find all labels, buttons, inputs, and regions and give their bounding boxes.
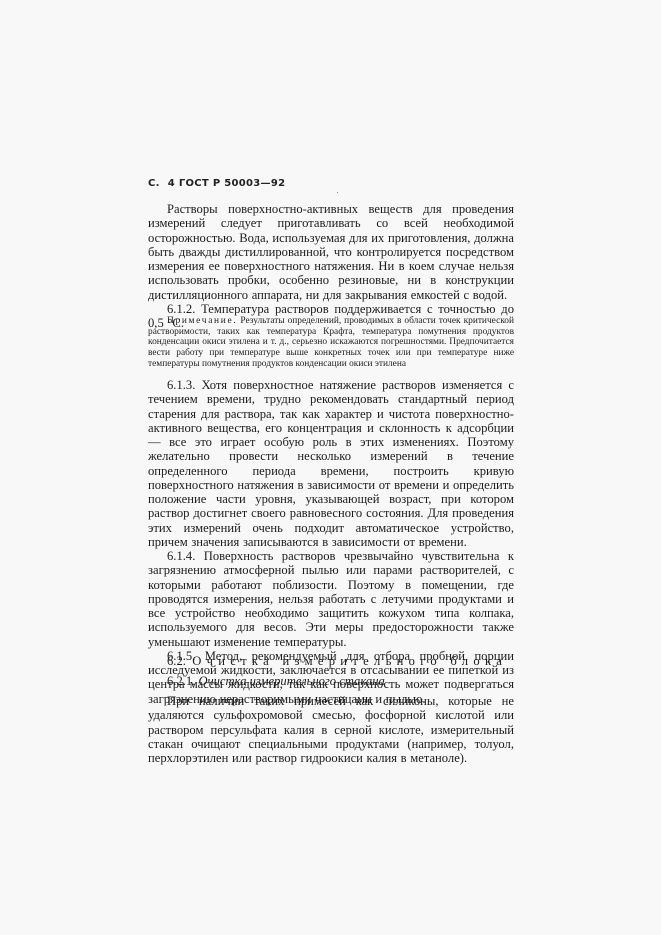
page-number: 4 [168, 178, 175, 189]
note-block: Примечание. Результаты определений, пров… [148, 316, 514, 370]
section-6-2-1: 6.2.1. Очистка измерительного стакана Пр… [148, 674, 514, 765]
intro-paragraph: Растворы поверхностно-активных веществ д… [148, 202, 514, 302]
note-text: Примечание. Результаты определений, пров… [148, 316, 514, 370]
section-6-2-number: 6.2. [167, 654, 186, 668]
scan-speck [337, 192, 338, 193]
section-6-2-1-paragraph: При наличии таких примесей как силиконы,… [148, 694, 514, 765]
note-label: Примечание. [167, 316, 237, 326]
section-6-2-title-text: Очистка измерительного блока [192, 654, 507, 668]
standard-designation: ГОСТ Р 50003—92 [179, 178, 286, 189]
section-6-1-3-paragraph: 6.1.3. Хотя поверхностное натяжение раст… [148, 378, 514, 549]
section-6-2-1-heading: 6.2.1. Очистка измерительного стакана [148, 674, 514, 688]
intro-section: Растворы поверхностно-активных веществ д… [148, 202, 514, 330]
section-6-1-4-paragraph: 6.1.4. Поверхность растворов чрезвычайно… [148, 549, 514, 649]
page-header: С.4 ГОСТ Р 50003—92 [148, 178, 285, 189]
section-6-2-1-title: Очистка измерительного стакана [199, 674, 385, 688]
section-6-2-heading: 6.2. Очистка измерительного блока [148, 654, 514, 668]
section-6-2-1-number: 6.2.1. [167, 674, 195, 688]
section-6-2-title: 6.2. Очистка измерительного блока [148, 654, 514, 668]
page-label: С. [148, 178, 160, 189]
